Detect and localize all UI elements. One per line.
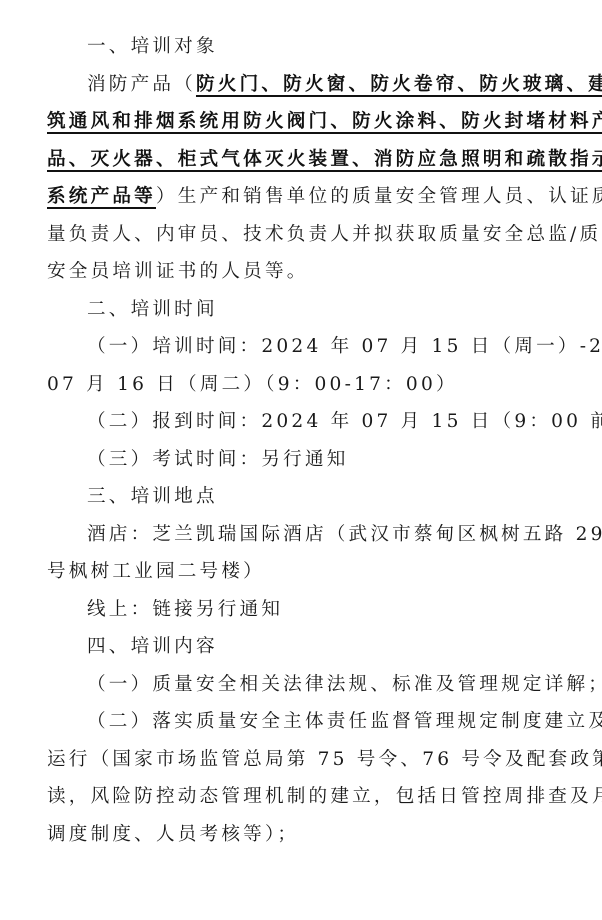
text-line: 量负责人、内审员、技术负责人并拟获取质量安全总监/质量 bbox=[47, 216, 547, 254]
text-line: 安全员培训证书的人员等。 bbox=[47, 253, 547, 291]
text-segment: ）生产和销售单位的质量安全管理人员、认证质 bbox=[156, 186, 602, 207]
paragraph: 消防产品（防火门、防火窗、防火卷帘、防火玻璃、建筑通风和排烟系统用防火阀门、防火… bbox=[47, 66, 547, 291]
underlined-text: 系统产品等 bbox=[47, 186, 156, 207]
text-segment: （三）考试时间：另行通知 bbox=[87, 449, 349, 470]
text-segment: 量负责人、内审员、技术负责人并拟获取质量安全总监/质量 bbox=[47, 224, 602, 245]
text-segment: 安全员培训证书的人员等。 bbox=[47, 261, 309, 282]
text-line: 运行（国家市场监管总局第 75 号令、76 号令及配套政策解 bbox=[47, 741, 547, 779]
paragraph: （二）落实质量安全主体责任监督管理规定制度建立及运行（国家市场监管总局第 75 … bbox=[47, 703, 547, 853]
text-line: （一）培训时间：2024 年 07 月 15 日（周一）-2024 年 bbox=[47, 328, 547, 366]
text-line: 系统产品等）生产和销售单位的质量安全管理人员、认证质 bbox=[47, 178, 547, 216]
text-segment: 号枫树工业园二号楼） bbox=[47, 561, 265, 582]
text-line: 品、灭火器、柜式气体灭火装置、消防应急照明和疏散指示 bbox=[47, 141, 547, 179]
text-line: （三）考试时间：另行通知 bbox=[47, 441, 547, 479]
underlined-text: 筑通风和排烟系统用防火阀门、防火涂料、防火封堵材料产 bbox=[47, 111, 602, 132]
text-segment: （二）落实质量安全主体责任监督管理规定制度建立及 bbox=[87, 711, 602, 732]
text-line: 筑通风和排烟系统用防火阀门、防火涂料、防火封堵材料产 bbox=[47, 103, 547, 141]
text-line: 消防产品（防火门、防火窗、防火卷帘、防火玻璃、建 bbox=[47, 66, 547, 104]
text-segment: （一）培训时间：2024 年 07 月 15 日（周一）-2024 年 bbox=[87, 336, 602, 357]
text-segment: 调度制度、人员考核等）； bbox=[47, 824, 299, 845]
paragraph: （三）考试时间：另行通知 bbox=[47, 441, 547, 479]
text-line: 07 月 16 日（周二）（9：00-17：00） bbox=[47, 366, 547, 404]
text-segment: 消防产品（ bbox=[87, 74, 196, 95]
section-heading: 三、培训地点 bbox=[47, 478, 547, 516]
paragraph: 线上：链接另行通知 bbox=[47, 591, 547, 629]
section-heading: 一、培训对象 bbox=[47, 28, 547, 66]
underlined-text: 品、灭火器、柜式气体灭火装置、消防应急照明和疏散指示 bbox=[47, 149, 602, 170]
text-segment: 运行（国家市场监管总局第 75 号令、76 号令及配套政策解 bbox=[47, 749, 602, 770]
text-line: 线上：链接另行通知 bbox=[47, 591, 547, 629]
paragraph: （二）报到时间：2024 年 07 月 15 日（9：00 前） bbox=[47, 403, 547, 441]
text-line: （二）报到时间：2024 年 07 月 15 日（9：00 前） bbox=[47, 403, 547, 441]
text-line: （二）落实质量安全主体责任监督管理规定制度建立及 bbox=[47, 703, 547, 741]
text-line: 调度制度、人员考核等）； bbox=[47, 816, 547, 854]
text-line: 读，风险防控动态管理机制的建立，包括日管控周排查及月 bbox=[47, 778, 547, 816]
text-line: 酒店：芝兰凯瑞国际酒店（武汉市蔡甸区枫树五路 299 bbox=[47, 516, 547, 554]
text-segment: （二）报到时间：2024 年 07 月 15 日（9：00 前） bbox=[87, 411, 602, 432]
section-heading: 四、培训内容 bbox=[47, 628, 547, 666]
text-line: （一）质量安全相关法律法规、标准及管理规定详解； bbox=[47, 666, 547, 704]
text-line: 号枫树工业园二号楼） bbox=[47, 553, 547, 591]
paragraph: （一）质量安全相关法律法规、标准及管理规定详解； bbox=[47, 666, 547, 704]
text-segment: 07 月 16 日（周二）（9：00-17：00） bbox=[47, 374, 458, 395]
underlined-text: 防火门、防火窗、防火卷帘、防火玻璃、建 bbox=[196, 74, 602, 95]
paragraph: （一）培训时间：2024 年 07 月 15 日（周一）-2024 年07 月 … bbox=[47, 328, 547, 403]
section-heading: 二、培训时间 bbox=[47, 291, 547, 329]
text-segment: 读，风险防控动态管理机制的建立，包括日管控周排查及月 bbox=[47, 786, 602, 807]
document-page: 一、培训对象消防产品（防火门、防火窗、防火卷帘、防火玻璃、建筑通风和排烟系统用防… bbox=[47, 28, 547, 853]
text-segment: 线上：链接另行通知 bbox=[87, 599, 283, 620]
paragraph: 酒店：芝兰凯瑞国际酒店（武汉市蔡甸区枫树五路 299号枫树工业园二号楼） bbox=[47, 516, 547, 591]
text-segment: （一）质量安全相关法律法规、标准及管理规定详解； bbox=[87, 674, 602, 695]
text-segment: 酒店：芝兰凯瑞国际酒店（武汉市蔡甸区枫树五路 299 bbox=[87, 524, 602, 545]
